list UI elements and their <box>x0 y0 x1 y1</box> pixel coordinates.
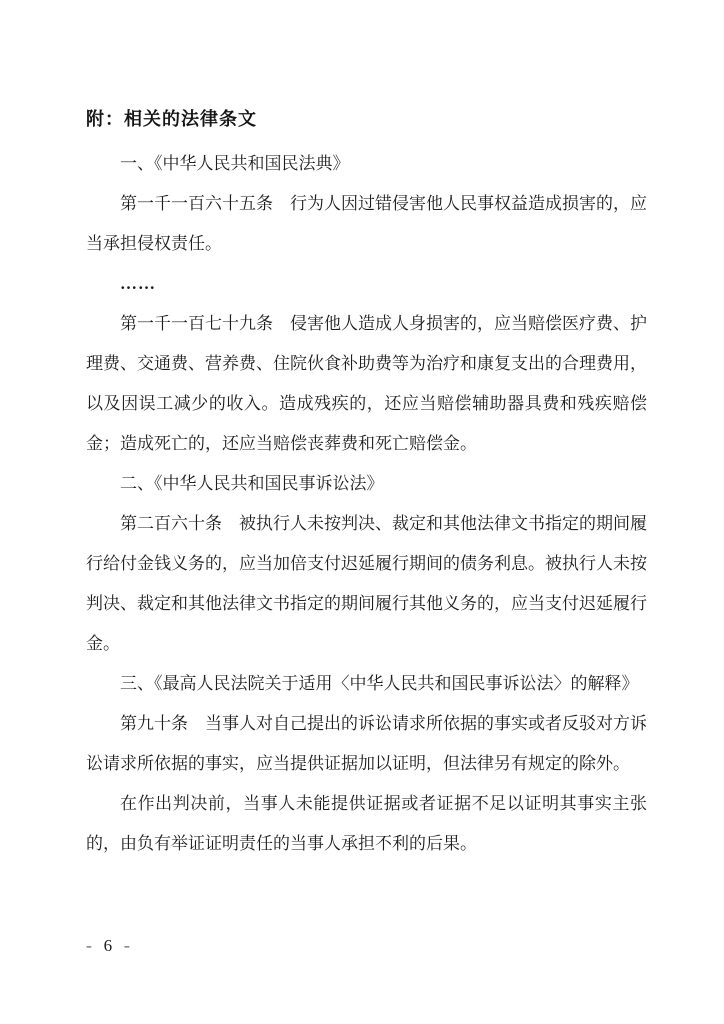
article-260: 第二百六十条 被执行人未按判决、裁定和其他法律文书指定的期间履行给付金钱义务的，… <box>86 504 647 664</box>
page-number: -6- <box>86 936 130 956</box>
document-body: 一、《中华人民共和国民法典》 第一千一百六十五条 行为人因过错侵害他人民事权益造… <box>86 144 647 864</box>
page-number-dash-right: - <box>124 936 130 956</box>
document-page: 附：相关的法律条文 一、《中华人民共和国民法典》 第一千一百六十五条 行为人因过… <box>0 0 724 1024</box>
law-title-spc-interpretation: 三、《最高人民法院关于适用〈中华人民共和国民事诉讼法〉的解释》 <box>86 664 647 704</box>
page-number-value: 6 <box>104 936 113 956</box>
document-title: 附：相关的法律条文 <box>86 104 647 134</box>
page-number-dash-left: - <box>86 936 92 956</box>
law-title-civil-code: 一、《中华人民共和国民法典》 <box>86 144 647 184</box>
article-1179: 第一千一百七十九条 侵害他人造成人身损害的，应当赔偿医疗费、护理费、交通费、营养… <box>86 304 647 464</box>
article-1165: 第一千一百六十五条 行为人因过错侵害他人民事权益造成损害的，应当承担侵权责任。 <box>86 184 647 264</box>
article-90-part2: 在作出判决前，当事人未能提供证据或者证据不足以证明其事实主张的，由负有举证证明责… <box>86 784 647 864</box>
law-title-civil-procedure-law: 二、《中华人民共和国民事诉讼法》 <box>86 464 647 504</box>
article-90-part1: 第九十条 当事人对自己提出的诉讼请求所依据的事实或者反驳对方诉讼请求所依据的事实… <box>86 704 647 784</box>
ellipsis-omission: …… <box>86 264 647 304</box>
document-content: 附：相关的法律条文 一、《中华人民共和国民法典》 第一千一百六十五条 行为人因过… <box>86 104 647 864</box>
